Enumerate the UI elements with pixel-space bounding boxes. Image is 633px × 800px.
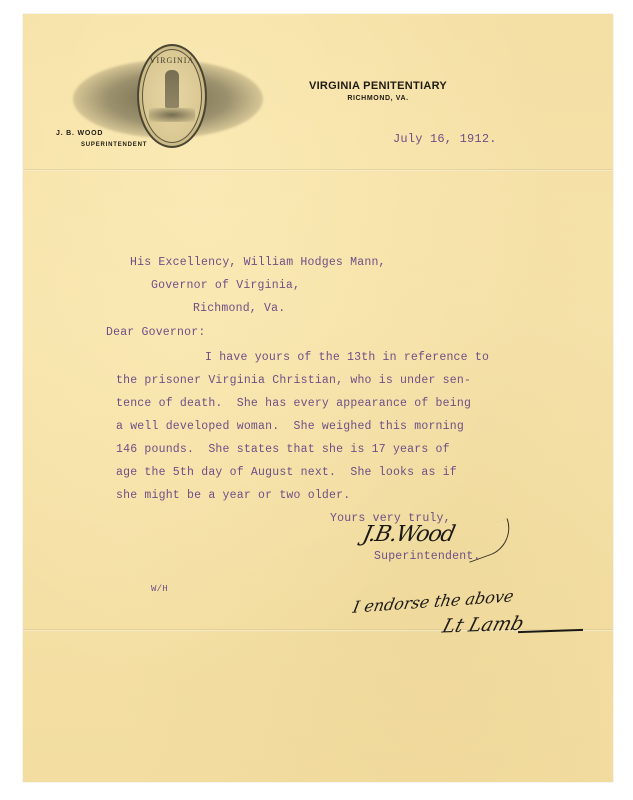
letterhead-city: RICHMOND, VA. (263, 95, 493, 102)
address-line-2: Governor of Virginia, (151, 279, 300, 292)
fold-crease-top (23, 169, 613, 172)
body-line: the prisoner Virginia Christian, who is … (116, 374, 471, 387)
body-line: age the 5th day of August next. She look… (116, 466, 457, 479)
endorsement-note: I endorse the above (351, 586, 515, 617)
handwritten-signature: J.B.Wood (360, 522, 456, 547)
letter-page: VIRGINIA VIRGINIA PENITENTIARY RICHMOND,… (23, 14, 613, 782)
letterhead-officer-title: SUPERINTENDENT (81, 142, 147, 148)
seal-figure-icon (165, 70, 179, 108)
seal-text: VIRGINIA (139, 56, 205, 65)
typist-initials: W/H (151, 584, 168, 594)
seal-icon: VIRGINIA (137, 44, 207, 148)
virginia-seal-emblem: VIRGINIA (73, 44, 263, 154)
seal-ground-icon (149, 108, 195, 122)
signature-title: Superintendent. (374, 550, 481, 563)
body-line: 146 pounds. She states that she is 17 ye… (116, 443, 450, 456)
body-line: a well developed woman. She weighed this… (116, 420, 464, 433)
body-line: tence of death. She has every appearance… (116, 397, 471, 410)
body-line: I have yours of the 13th in reference to (205, 351, 489, 364)
address-line-1: His Excellency, William Hodges Mann, (130, 256, 386, 269)
letterhead-organization: VIRGINIA PENITENTIARY (263, 80, 493, 92)
salutation: Dear Governor: (106, 326, 205, 339)
body-line: she might be a year or two older. (116, 489, 350, 502)
endorsement-signature: Lt Lamb (440, 612, 527, 637)
letterhead-officer-name: J. B. WOOD (56, 130, 103, 137)
address-line-3: Richmond, Va. (193, 302, 285, 315)
letter-date: July 16, 1912. (393, 132, 497, 146)
